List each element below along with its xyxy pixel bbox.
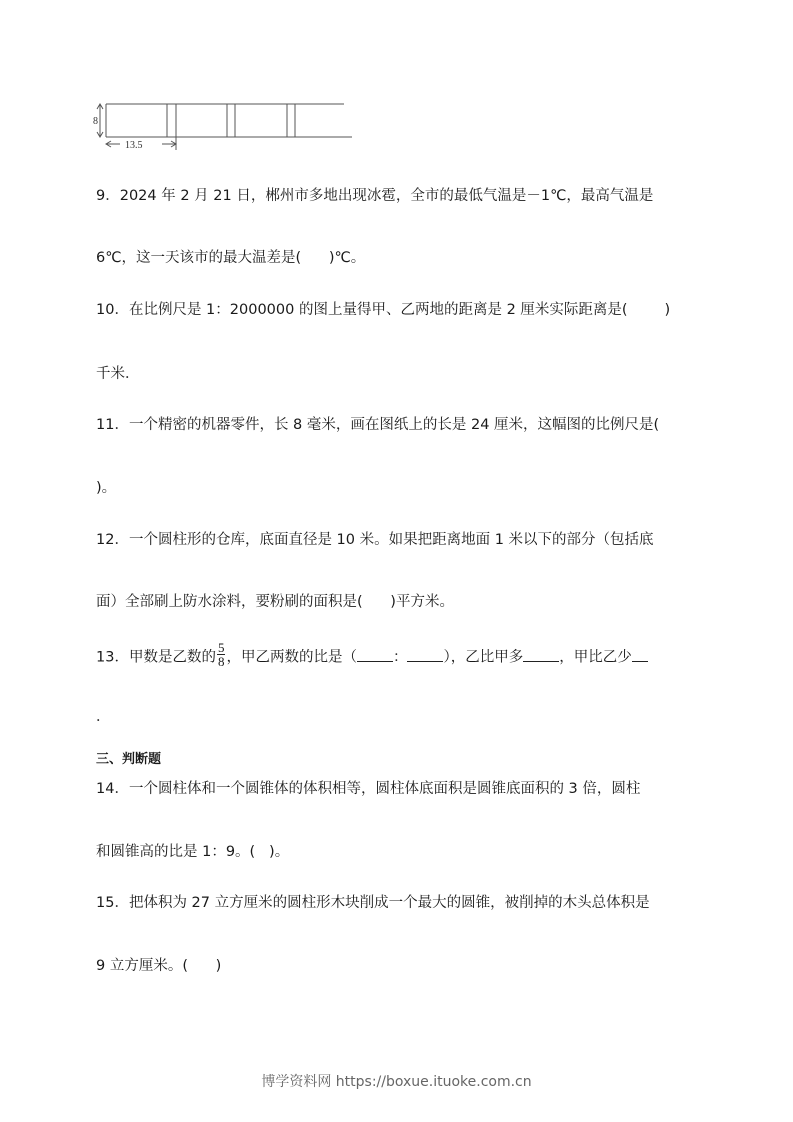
question-11-line-2: )。 — [96, 478, 116, 498]
question-15-line-1: 15．把体积为 27 立方厘米的圆柱形木块削成一个最大的圆锥，被削掉的木头总体积… — [96, 893, 650, 913]
q13-middle: ，甲乙两数的比是（ — [226, 650, 357, 666]
answer-blank-ratio-right[interactable] — [407, 647, 443, 662]
question-11-line-1: 11．一个精密的机器零件，长 8 毫米，画在图纸上的长是 24 厘米，这幅图的比… — [96, 415, 659, 435]
answer-blank-more[interactable] — [523, 647, 559, 662]
answer-blank-ratio-left[interactable] — [357, 647, 393, 662]
question-9-line-2: 6℃，这一天该市的最大温差是( )℃。 — [96, 248, 365, 268]
rectangles-diagram: 8 13.5 — [92, 98, 357, 154]
question-14-line-1: 14．一个圆柱体和一个圆锥体的体积相等，圆柱体底面积是圆锥底面积的 3 倍，圆柱 — [96, 779, 640, 799]
section-title-judgment: 三、判断题 — [96, 750, 161, 770]
q13-after-ratio: ），乙比甲多 — [443, 650, 523, 666]
question-10-line-2: 千米． — [96, 364, 140, 384]
answer-blank-less[interactable] — [632, 647, 648, 662]
question-14-line-2: 和圆锥高的比是 1：9。( )。 — [96, 842, 289, 862]
fraction-denominator: 8 — [217, 655, 226, 668]
q13-colon: ： — [393, 650, 408, 666]
question-13-line-2: ． — [96, 707, 111, 727]
fraction-numerator: 5 — [217, 641, 226, 655]
height-label: 8 — [93, 116, 98, 127]
fraction-five-eighths: 58 — [217, 641, 226, 668]
question-13-line-1: 13．甲数是乙数的58，甲乙两数的比是（：），乙比甲多，甲比乙少 — [96, 644, 648, 671]
q13-after-more: ，甲比乙少 — [559, 650, 632, 666]
q13-prefix: 13．甲数是乙数的 — [96, 650, 216, 666]
question-9-line-1: 9．2024 年 2 月 21 日，郴州市多地出现冰雹，全市的最低气温是－1℃，… — [96, 186, 653, 206]
question-12-line-2: 面）全部刷上防水涂料，要粉刷的面积是( )平方米。 — [96, 592, 454, 612]
footer-watermark: 博学资料网 https://boxue.ituoke.com.cn — [0, 1071, 793, 1091]
question-15-line-2: 9 立方厘米。( ) — [96, 956, 221, 976]
question-10-line-1: 10．在比例尺是 1：2000000 的图上量得甲、乙两地的距离是 2 厘米实际… — [96, 300, 670, 320]
question-12-line-1: 12．一个圆柱形的仓库，底面直径是 10 米。如果把距离地面 1 米以下的部分（… — [96, 530, 654, 550]
width-label: 13.5 — [125, 140, 143, 151]
